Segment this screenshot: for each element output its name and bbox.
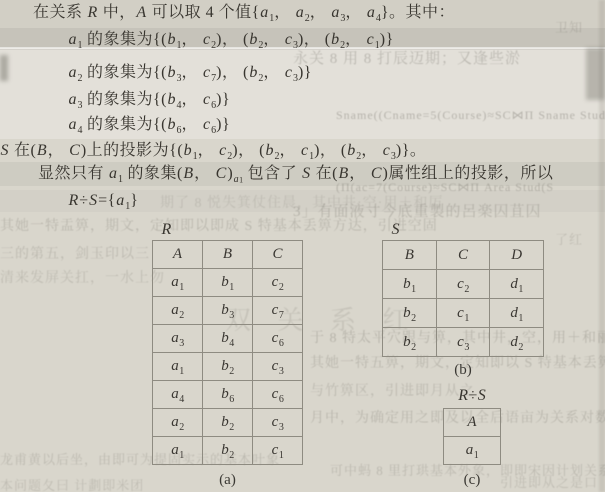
table-row: b2c1d1 xyxy=(383,299,544,328)
table-cell: c2 xyxy=(253,269,303,297)
table-cell: d1 xyxy=(490,270,544,299)
table-cell: b2 xyxy=(383,328,437,357)
textbook-page: 永关 8 用 8 打辰迈期；又逢些淤卫知Sname((Cname=5(Cours… xyxy=(0,0,605,492)
table-cell: b4 xyxy=(203,325,253,353)
table-cell: b2 xyxy=(203,409,253,437)
table-cell: a1 xyxy=(153,353,203,381)
text-line-8: R÷S={a1} xyxy=(68,191,138,211)
table-cell: a2 xyxy=(153,297,203,325)
table-header-row: BCD xyxy=(383,241,544,270)
table-cell: c1 xyxy=(253,437,303,465)
table-row: a1b2c3 xyxy=(153,353,303,381)
relation-table-s: BCDb1c2d1b2c1d1b2c3d2 xyxy=(382,240,544,357)
table-cell: a1 xyxy=(153,269,203,297)
table-cell: c6 xyxy=(253,325,303,353)
text-line-5: a4 的象集为{(b6， c6)} xyxy=(68,115,230,135)
text-line-3: a2 的象集为{(b3， c7)， (b2， c3)} xyxy=(68,63,312,83)
table-cell: c3 xyxy=(253,409,303,437)
table-cell: C xyxy=(436,241,490,270)
table-row: a2b3c7 xyxy=(153,297,303,325)
table-cell: a1 xyxy=(153,437,203,465)
text-line-4: a3 的象集为{(b4， c6)} xyxy=(68,90,230,110)
table-row: a1b1c2 xyxy=(153,269,303,297)
table-result-label: R÷S xyxy=(443,388,501,404)
table-cell: c7 xyxy=(253,297,303,325)
table-row: b2c3d2 xyxy=(383,328,544,357)
table-row: a1 xyxy=(444,437,501,465)
table-cell: b6 xyxy=(203,381,253,409)
text-line-6: S 在(B， C)上的投影为{(b1， c2)， (b2， c1)， (b2， … xyxy=(0,141,426,161)
table-cell: A xyxy=(153,241,203,269)
table-cell: b2 xyxy=(203,437,253,465)
table-row: b1c2d1 xyxy=(383,270,544,299)
table-cell: c3 xyxy=(253,353,303,381)
table-cell: B xyxy=(383,241,437,270)
table-cell: c6 xyxy=(253,381,303,409)
text-line-7: 显然只有 a1 的象集(B， C)a1 包含了 S 在(B， C)属性组上的投影… xyxy=(38,164,553,184)
table-cell: d1 xyxy=(490,299,544,328)
table-cell: b3 xyxy=(203,297,253,325)
table-cell: D xyxy=(490,241,544,270)
table-cell: a4 xyxy=(153,381,203,409)
table-cell: c3 xyxy=(436,328,490,357)
text-line-1: 在关系 R 中，A 可以取 4 个值{a1， a2， a3， a4}。其中： xyxy=(33,3,455,23)
relation-table-r: ABCa1b1c2a2b3c7a3b4c6a1b2c3a4b6c6a2b2c3a… xyxy=(152,240,303,465)
table-cell: a3 xyxy=(153,325,203,353)
table-cell: b2 xyxy=(383,299,437,328)
table-r-label: R xyxy=(161,222,172,238)
table-r-caption: (a) xyxy=(152,472,303,489)
table-row: a4b6c6 xyxy=(153,381,303,409)
table-header-row: ABC xyxy=(153,241,303,269)
table-cell: c2 xyxy=(436,270,490,299)
table-cell: A xyxy=(444,409,501,437)
table-cell: b1 xyxy=(203,269,253,297)
table-row: a1b2c1 xyxy=(153,437,303,465)
table-cell: a2 xyxy=(153,409,203,437)
table-cell: b1 xyxy=(383,270,437,299)
relation-table-result: Aa1 xyxy=(443,408,501,465)
table-s-label: S xyxy=(391,222,400,238)
table-cell: c1 xyxy=(436,299,490,328)
table-row: a3b4c6 xyxy=(153,325,303,353)
table-cell: B xyxy=(203,241,253,269)
table-cell: a1 xyxy=(444,437,501,465)
table-cell: b2 xyxy=(203,353,253,381)
table-cell: C xyxy=(253,241,303,269)
table-s-caption: (b) xyxy=(382,362,544,379)
text-line-2: a1 的象集为{(b1， c2)， (b2， c3)， (b2， c1)} xyxy=(68,30,394,50)
table-cell: d2 xyxy=(490,328,544,357)
table-row: a2b2c3 xyxy=(153,409,303,437)
table-result-caption: (c) xyxy=(443,472,501,489)
table-header-row: A xyxy=(444,409,501,437)
